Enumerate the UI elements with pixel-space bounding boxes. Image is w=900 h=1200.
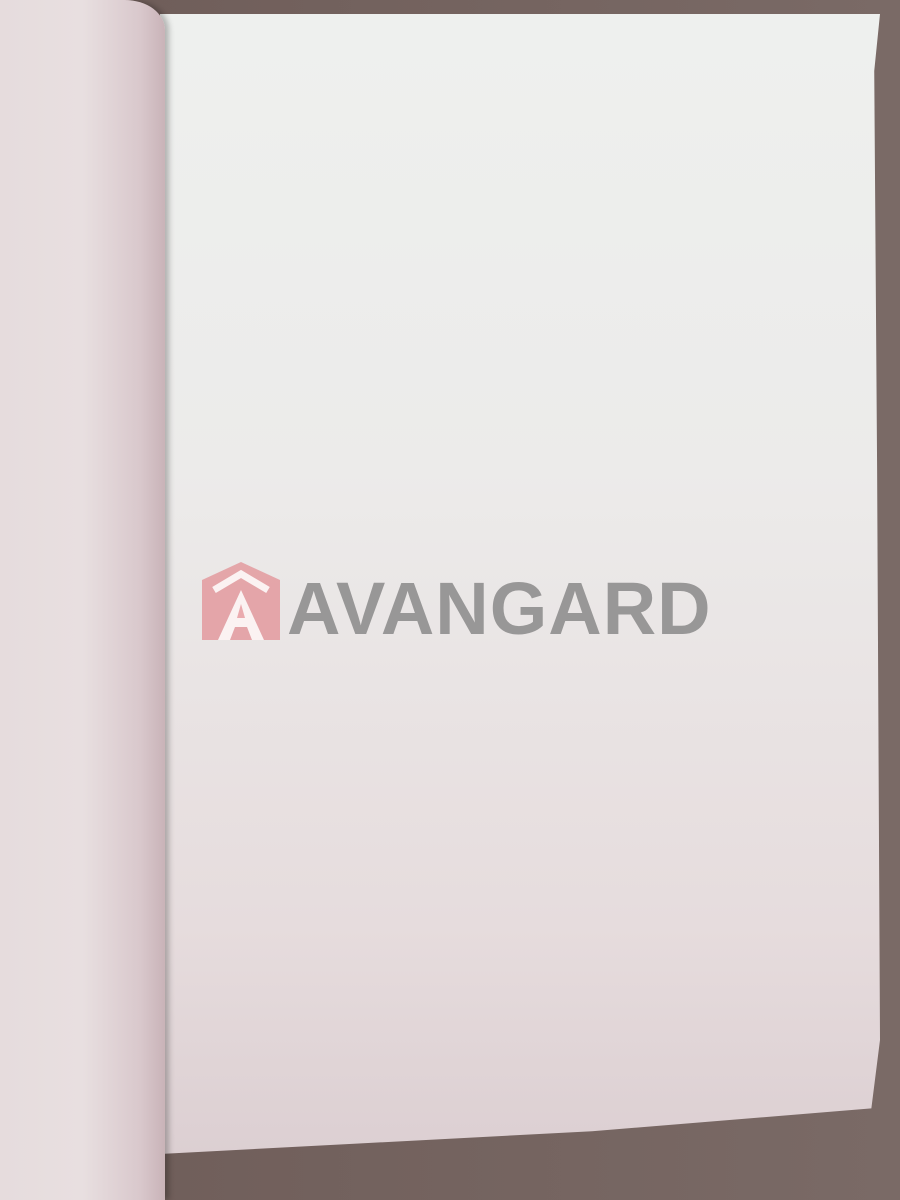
document-page <box>160 14 880 1154</box>
photo-scene: Додаток 3.1 до інструкції про порядок пр… <box>0 0 900 1200</box>
previous-page <box>0 0 165 1200</box>
